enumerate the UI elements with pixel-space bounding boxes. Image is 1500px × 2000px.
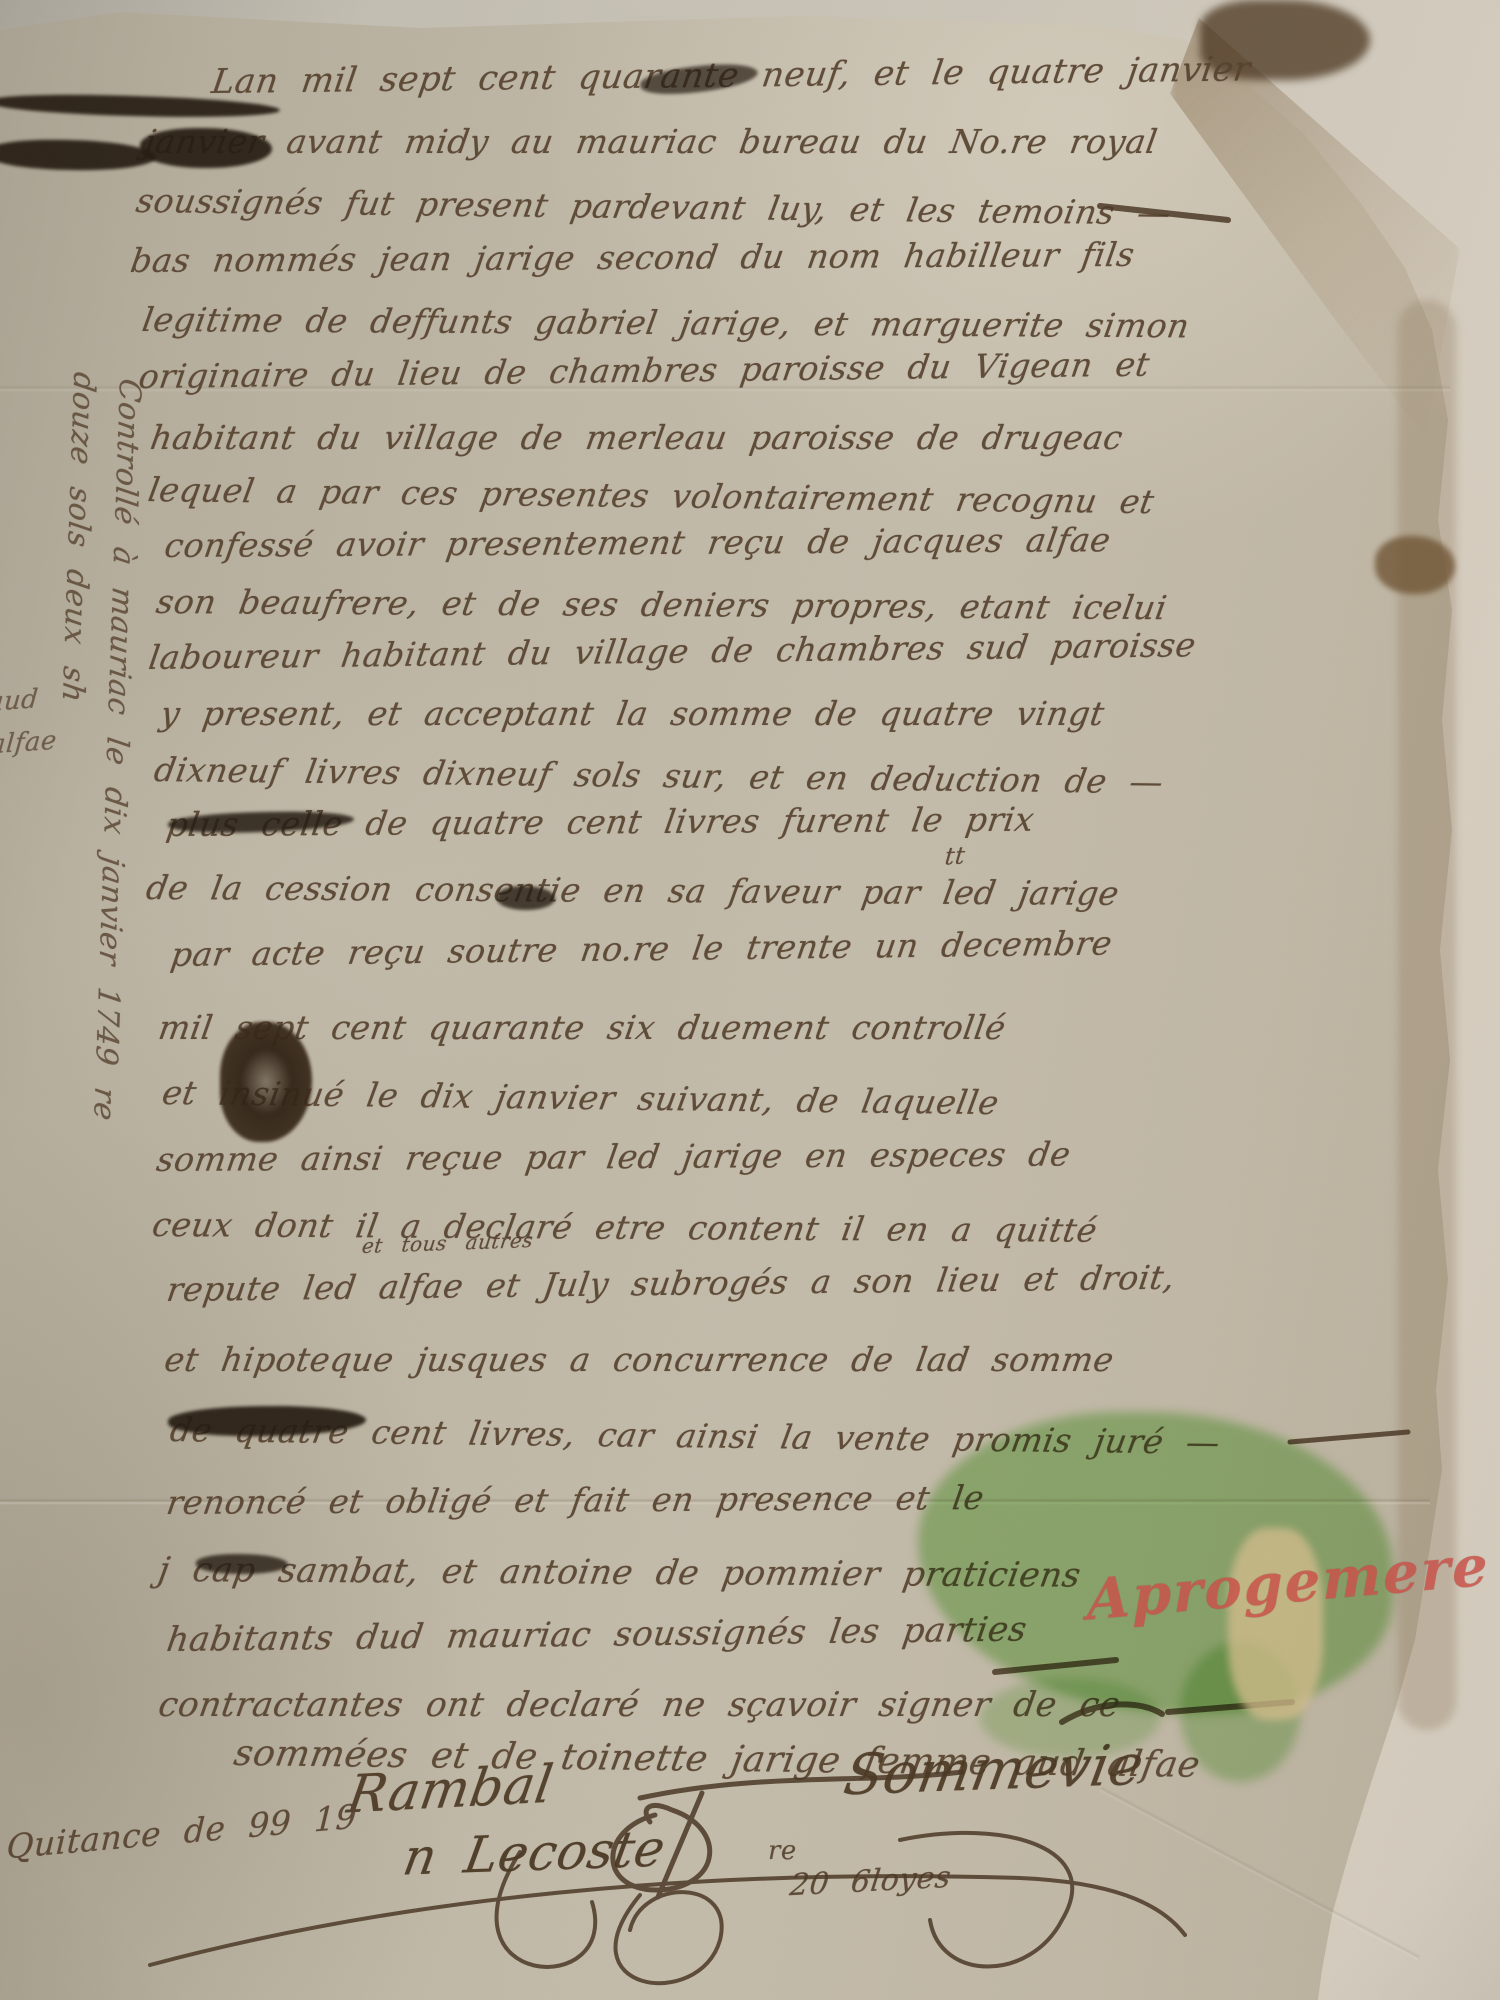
photo-of-manuscript: Lan mil sept cent quarante neuf, et le q… bbox=[0, 0, 1500, 2000]
photo-grain bbox=[0, 0, 1500, 2000]
